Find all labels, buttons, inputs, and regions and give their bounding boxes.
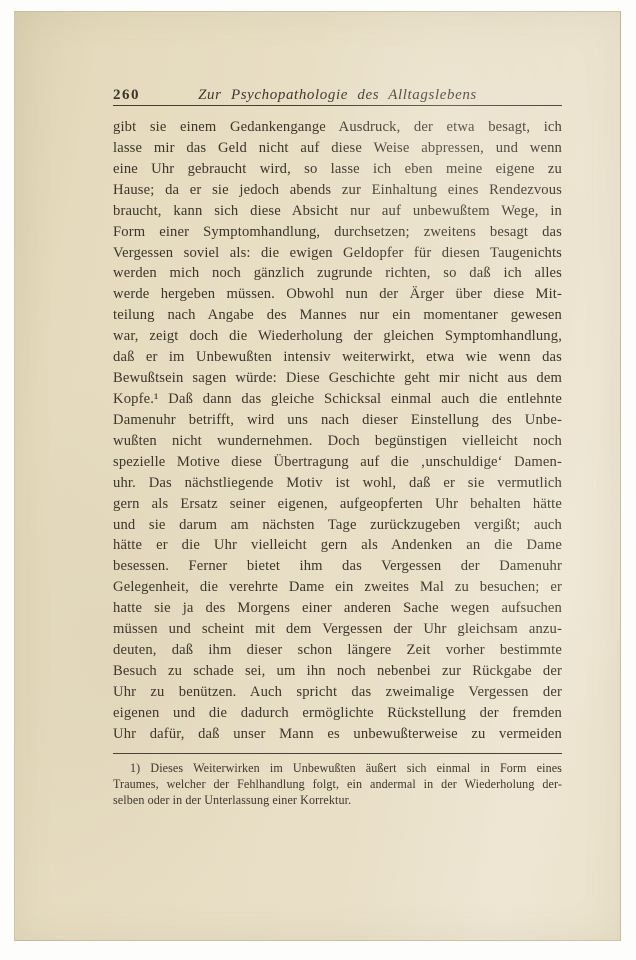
body-line: daß er im Unbewußten intensiv weiterwirk…	[113, 347, 562, 368]
body-line: und sie darum am nächsten Tage zurückzug…	[113, 515, 562, 536]
body-line: Vergessen soviel als: die ewigen Geldopf…	[113, 243, 562, 264]
footnote-line: selben oder in der Unterlassung einer Ko…	[113, 792, 562, 808]
footnote-line: Traumes, welcher der Fehlhandlung folgt,…	[113, 776, 562, 792]
body-line: eigenen und die dadurch ermöglichte Rück…	[113, 703, 562, 724]
body-line: besessen. Ferner bietet ihm das Vergesse…	[113, 556, 562, 577]
footnote-line: 1) Dieses Weiterwirken im Unbewußten äuß…	[113, 760, 562, 776]
body-line: teilung nach Angabe des Mannes nur ein m…	[113, 305, 562, 326]
body-line: Bewußtsein sagen würde: Diese Geschichte…	[113, 368, 562, 389]
body-line: Kopfe.¹ Daß dann das gleiche Schicksal e…	[113, 389, 562, 410]
body-line: spezielle Motive diese Übertragung auf d…	[113, 452, 562, 473]
body-line: gibt sie einem Gedankengange Ausdruck, d…	[113, 117, 562, 138]
body-line: lasse mir das Geld nicht auf diese Weise…	[113, 138, 562, 159]
body-line: Gelegenheit, die verehrte Dame ein zweit…	[113, 577, 562, 598]
body-line: hätte er die Uhr vielleicht gern als And…	[113, 535, 562, 556]
body-line: werde hergeben müssen. Obwohl nun der Är…	[113, 284, 562, 305]
running-header: 260 Zur Psychopathologie des Alltagslebe…	[113, 87, 562, 107]
footnote-rule	[113, 753, 562, 754]
body-line: hatte sie ja des Morgens einer anderen S…	[113, 598, 562, 619]
running-header-title: Zur Psychopathologie des Alltagslebens	[113, 87, 562, 104]
scanned-page-frame: 260 Zur Psychopathologie des Alltagslebe…	[0, 0, 636, 960]
body-text: gibt sie einem Gedankengange Ausdruck, d…	[113, 117, 562, 745]
body-line: braucht, kann sich diese Absicht nur auf…	[113, 201, 562, 222]
body-line: Uhr dafür, daß unser Mann es unbewußterw…	[113, 724, 562, 745]
body-line: Form einer Symptomhandlung, durchsetzen;…	[113, 222, 562, 243]
body-line: müssen und scheint mit dem Vergessen der…	[113, 619, 562, 640]
body-line: war, zeigt doch die Wiederholung der gle…	[113, 326, 562, 347]
body-line: werden mich noch gänzlich zugrunde richt…	[113, 263, 562, 284]
body-line: wußten nicht wundernehmen. Doch begünsti…	[113, 431, 562, 452]
body-line: deuten, daß ihm dieser schon längere Zei…	[113, 640, 562, 661]
header-rule	[113, 105, 562, 106]
body-line: uhr. Das nächstliegende Motiv ist wohl, …	[113, 473, 562, 494]
footnote: 1) Dieses Weiterwirken im Unbewußten äuß…	[113, 760, 562, 809]
book-page: 260 Zur Psychopathologie des Alltagslebe…	[14, 11, 621, 941]
body-line: gern als Ersatz seiner eigenen, aufgeopf…	[113, 494, 562, 515]
body-line: Hause; da er sie jedoch abends zur Einha…	[113, 180, 562, 201]
body-line: Uhr zu benützen. Auch spricht das zweima…	[113, 682, 562, 703]
body-line: Damenuhr betrifft, wird uns nach dieser …	[113, 410, 562, 431]
body-line: eine Uhr gebraucht wird, so lasse ich eb…	[113, 159, 562, 180]
body-line: Besuch zu schade sei, um ihn noch nebenb…	[113, 661, 562, 682]
